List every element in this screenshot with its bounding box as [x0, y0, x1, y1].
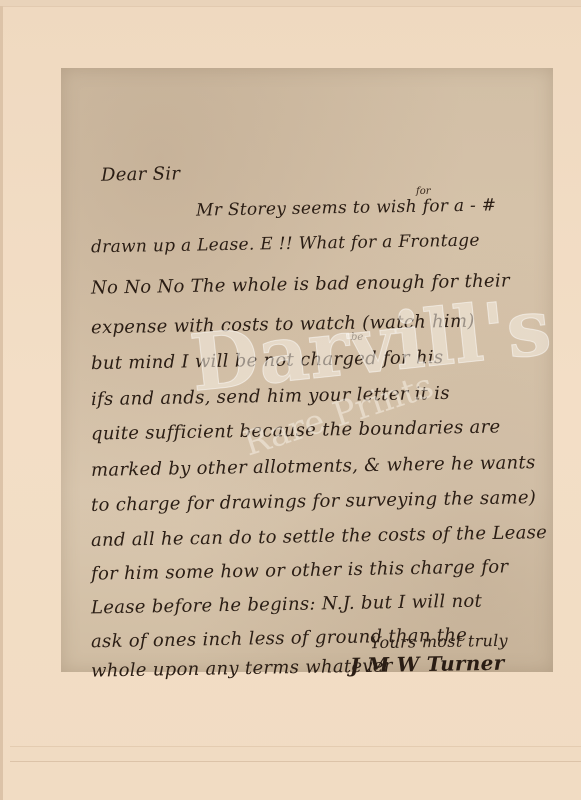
letter-print: Dear Sir for Mr Storey seems to wish for… [61, 68, 553, 672]
letter-line-5: but mind I will be not charged for his [91, 347, 444, 374]
letter-line-4: expense with costs to watch (watch him) [91, 311, 475, 339]
letter-line-8: marked by other allotments, & where he w… [91, 452, 536, 481]
interlineation-be: be [351, 332, 363, 343]
letter-line-10: and all he can do to settle the costs of… [91, 522, 547, 551]
letter-line-11: for him some how or other is this charge… [91, 556, 509, 584]
letter-line-14: whole upon any terms whatever [91, 655, 393, 681]
letter-line-12: Lease before he begins: N.J. but I will … [91, 591, 482, 619]
letter-line-9: to charge for drawings for surveying the… [91, 487, 536, 516]
salutation: Dear Sir [101, 163, 181, 185]
letter-line-3: No No No The whole is bad enough for the… [91, 270, 510, 298]
letter-line-2: drawn up a Lease. E !! What for a Fronta… [91, 231, 480, 258]
mount-left-edge [0, 6, 3, 800]
plate-mark [10, 746, 581, 762]
closing: Yours most truly [370, 631, 508, 652]
mount-board: Dear Sir for Mr Storey seems to wish for… [0, 0, 581, 800]
interlineation-for: for [416, 186, 431, 197]
letter-line-1: Mr Storey seems to wish for a - # [196, 195, 497, 220]
letter-line-7: quite sufficient because the boundaries … [91, 416, 501, 444]
mount-top-edge [0, 0, 581, 7]
signature: J M W Turner [350, 651, 505, 678]
letter-line-6: ifs and ands, send him your letter it is [91, 383, 450, 410]
